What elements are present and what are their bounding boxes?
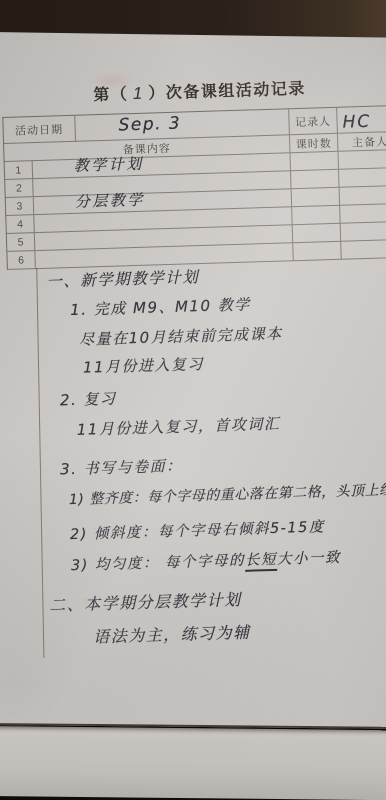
hours-label-cell: 课时数 <box>290 134 339 153</box>
notes-area-left-border <box>36 268 44 658</box>
note-line: 2) 倾斜度：每个字母右倾斜5-15度 <box>70 515 325 544</box>
handwritten-row3-content: 分层教学 <box>75 189 146 212</box>
row-preparer-cell <box>340 183 386 205</box>
row-hours-cell <box>291 170 340 189</box>
photographed-form: 第（1）次备课组活动记录 活动日期 记录人 备课内容 课时数 <box>0 0 386 800</box>
row-preparer-cell <box>339 165 386 187</box>
note-line: 11月份进入复习，首攻词汇 <box>77 413 281 440</box>
form-title-suffix: ）次备课组活动记录 <box>148 81 306 103</box>
row-number: 2 <box>16 182 22 194</box>
hours-label: 课时数 <box>295 134 331 151</box>
row-hours-cell <box>293 242 342 261</box>
row-number-cell: 5 <box>7 233 36 252</box>
row-number: 4 <box>17 218 23 230</box>
uniformity-prefix: 3) 均匀度： 每个字母的 <box>71 553 246 574</box>
activity-date-label: 活动日期 <box>15 121 63 138</box>
row-hours-cell <box>293 224 342 243</box>
note-line: 1. 完成 M9、M10 教学 <box>70 294 251 321</box>
recorder-label: 记录人 <box>295 112 331 129</box>
row-number: 5 <box>17 236 23 248</box>
handwritten-activity-date: Sep. 3 <box>118 114 181 136</box>
underlying-paper-sheet <box>0 726 386 800</box>
row-number: 1 <box>15 164 21 176</box>
uniformity-underlined: 长短 <box>245 552 278 572</box>
note-line: 11月份进入复习 <box>83 353 205 378</box>
note-line: 2. 复习 <box>60 388 117 411</box>
row-number-cell: 1 <box>5 161 34 180</box>
row-preparer-cell <box>341 219 386 241</box>
row-hours-cell <box>292 206 341 225</box>
form-title-prefix: 第（ <box>93 86 129 104</box>
main-preparer-label: 主备人 <box>352 133 386 150</box>
row-hours-cell <box>292 188 341 207</box>
row-number: 3 <box>16 200 22 212</box>
row-number-cell: 2 <box>5 179 34 198</box>
recorder-label-cell: 记录人 <box>289 108 338 135</box>
row-preparer-cell <box>341 237 386 259</box>
handwritten-recorder: HC <box>342 112 371 133</box>
note-line: 语法为主，练习为辅 <box>93 620 251 648</box>
desk-background <box>0 0 386 38</box>
row-preparer-cell <box>338 147 386 169</box>
note-line: 1) 整齐度：每个字母的重心落在第二格，头顶上线，脚部 <box>69 478 386 509</box>
uniformity-suffix: 大小一致 <box>277 550 341 568</box>
row-preparer-cell <box>340 201 386 223</box>
note-line: 一、新学期教学计划 <box>46 265 200 292</box>
handwritten-session-number: 1 <box>128 84 149 105</box>
handwritten-row1-content: 教学计划 <box>73 153 144 176</box>
note-line: 3. 书写与卷面： <box>60 455 183 480</box>
row-hours-cell <box>290 152 339 171</box>
record-table: 活动日期 记录人 备课内容 课时数 主备人 1 <box>2 103 386 270</box>
note-line-uniformity: 3) 均匀度： 每个字母的长短大小一致 <box>71 546 342 575</box>
row-number-cell: 4 <box>6 215 35 234</box>
note-line: 二、本学期分层教学计划 <box>49 587 242 616</box>
main-preparer-label-cell: 主备人 <box>338 130 386 152</box>
row-number-cell: 3 <box>6 197 35 216</box>
row-number: 6 <box>18 254 24 266</box>
form-content: 第（1）次备课组活动记录 活动日期 记录人 备课内容 课时数 <box>0 21 386 732</box>
row-number-cell: 6 <box>7 251 36 270</box>
activity-date-label-cell: 活动日期 <box>3 116 76 144</box>
note-line: 尽量在10月结束前完成课本 <box>79 323 283 350</box>
paper-sheet: 第（1）次备课组活动记录 活动日期 记录人 备课内容 课时数 <box>0 25 386 729</box>
